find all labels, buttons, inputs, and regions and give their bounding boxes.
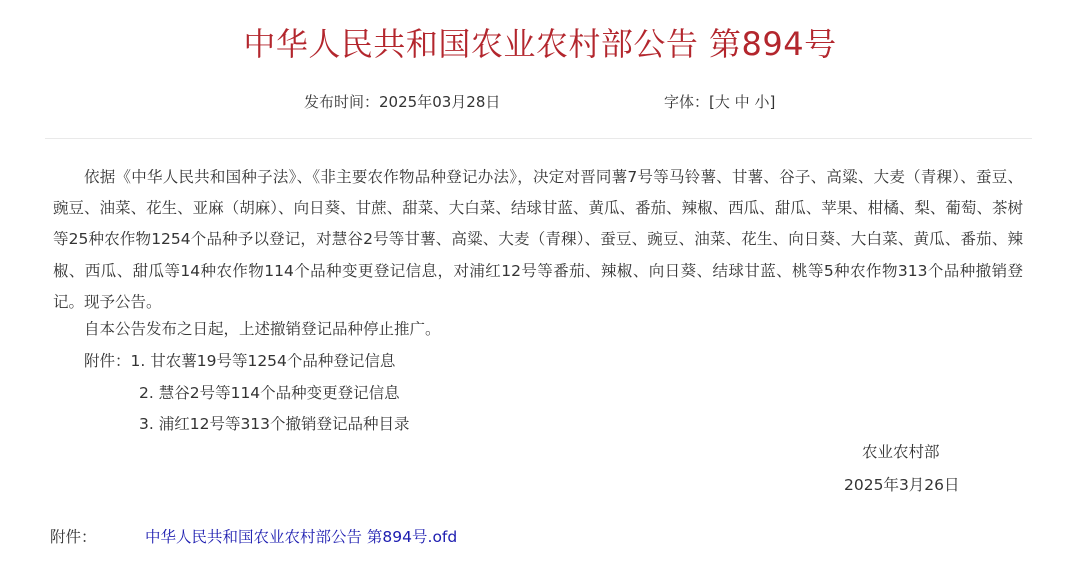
attachment-item-3: 3. 浦红12号等313个撤销登记品种目录 (139, 412, 410, 436)
signature-org: 农业农村部 (862, 440, 940, 464)
publish-info: 发布时间：2025年03月28日 (304, 92, 500, 112)
header-divider (45, 138, 1032, 139)
publish-label: 发布时间： (304, 93, 379, 111)
announcement-paragraph: 依据《中华人民共和国种子法》、《非主要农作物品种登记办法》，决定对晋同薯7号等马… (53, 162, 1023, 318)
attachment-item-2: 2. 慧谷2号等114个品种变更登记信息 (139, 381, 400, 405)
font-size-selector: 字体：[大 中 小] (664, 92, 775, 112)
font-size-medium-button[interactable]: 中 (735, 93, 750, 111)
footer-attachment-label: 附件： (50, 525, 97, 549)
font-size-large-button[interactable]: 大 (715, 93, 730, 111)
attachment-text: 1. 甘农薯19号等1254个品种登记信息 (131, 352, 396, 370)
font-size-label: 字体： (664, 93, 709, 111)
bracket-close: ] (769, 93, 775, 111)
attachments-label: 附件： (84, 352, 131, 370)
page-title: 中华人民共和国农业农村部公告 第894号 (0, 22, 1080, 66)
attachment-item-1: 附件：1. 甘农薯19号等1254个品种登记信息 (84, 349, 395, 373)
publish-date: 2025年03月28日 (379, 93, 500, 111)
suspension-notice: 自本公告发布之日起，上述撤销登记品种停止推广。 (84, 317, 441, 341)
font-size-small-button[interactable]: 小 (754, 93, 769, 111)
signature-date: 2025年3月26日 (844, 473, 960, 497)
attachment-download-link[interactable]: 中华人民共和国农业农村部公告 第894号.ofd (145, 525, 457, 549)
